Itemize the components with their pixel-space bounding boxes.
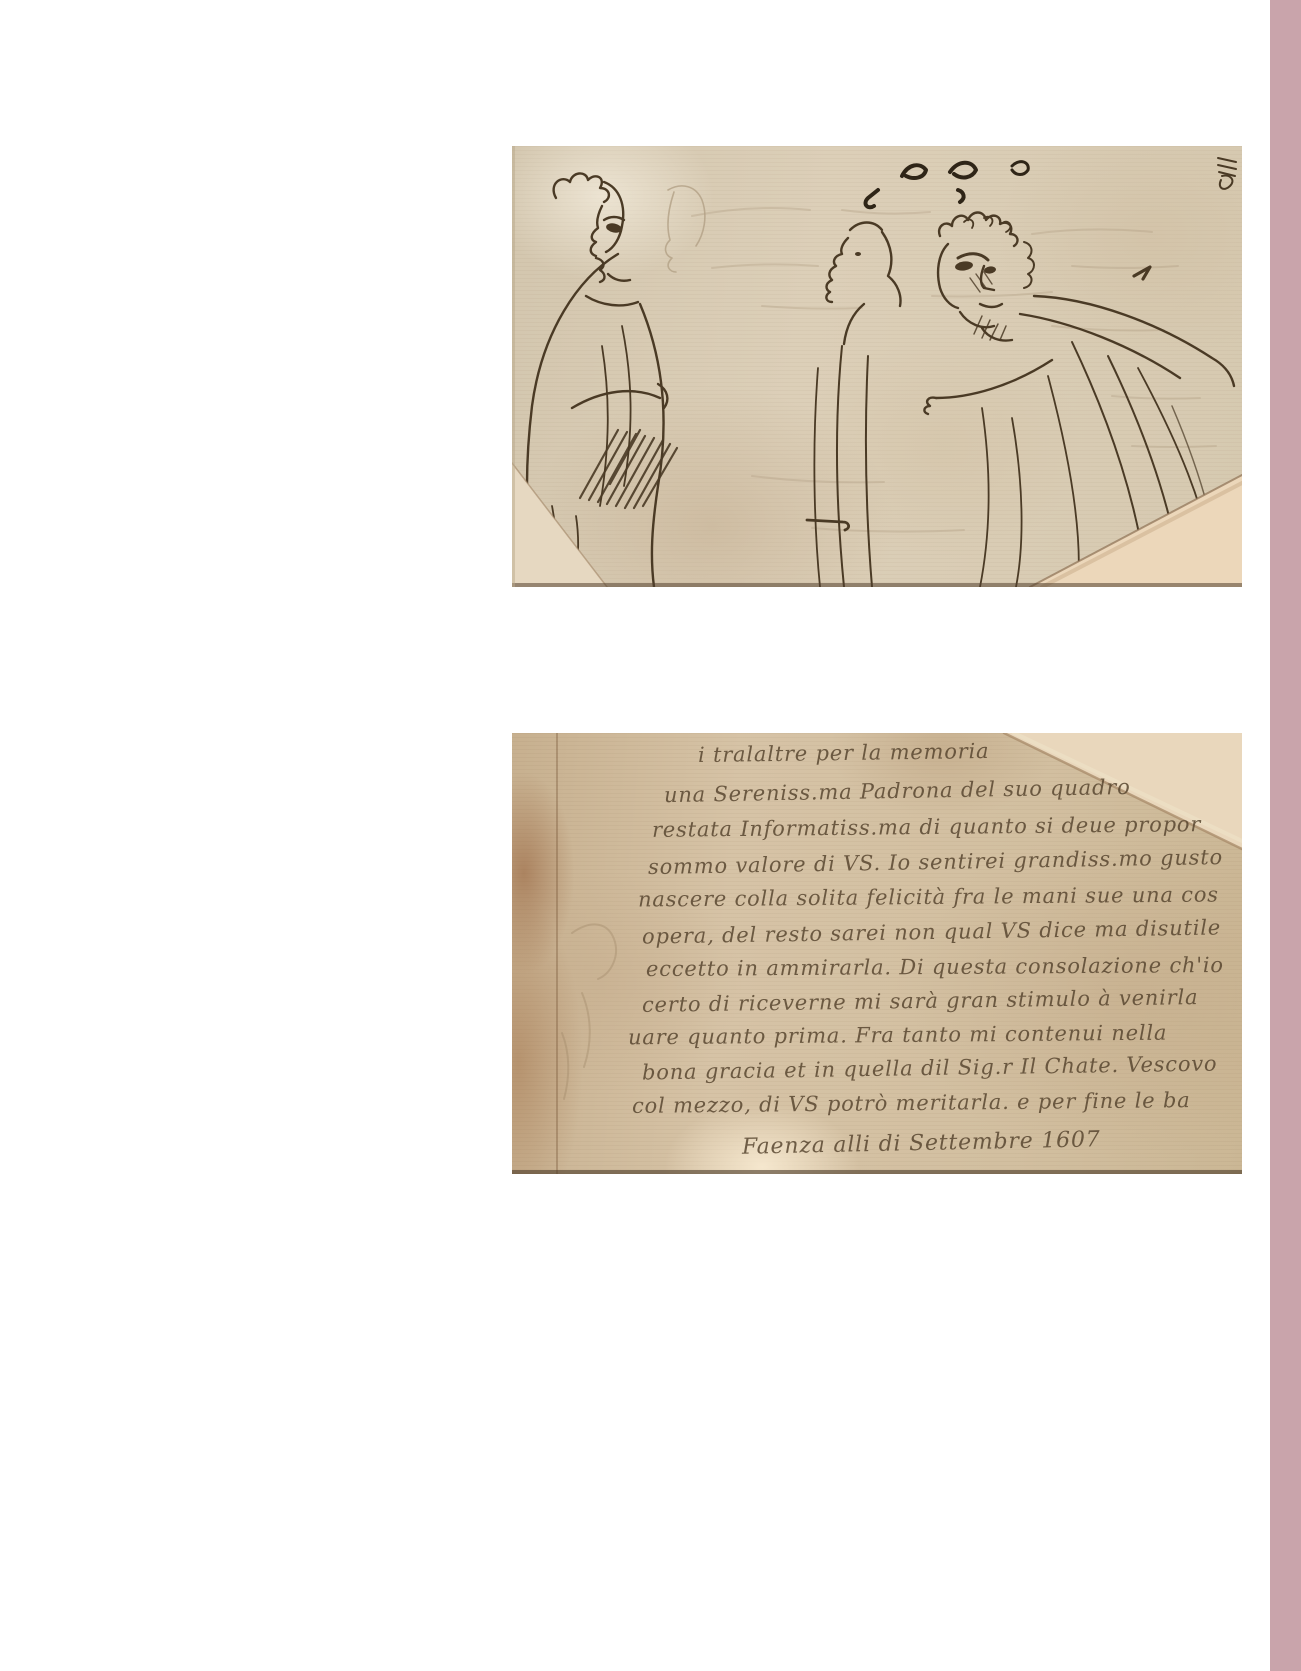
paper-left-edge (512, 146, 515, 587)
bold-ink-flourishes (866, 162, 1029, 208)
ink-drawing-strokes (512, 146, 1242, 587)
letter-line: i tralaltre per la memoria (698, 739, 990, 767)
letter-bottom-edge-shadow (512, 1170, 1242, 1174)
verso-sketch-show-through (562, 924, 616, 1099)
page-accent-band (1270, 0, 1301, 1671)
manuscript-letter-image: i tralaltre per la memoria una Sereniss.… (512, 733, 1242, 1174)
letter-line: nascere colla solita felicità fra le man… (638, 882, 1219, 911)
paper-bottom-edge-shadow (512, 583, 1242, 587)
ghost-profile-sketch (666, 186, 705, 272)
show-through-strokes (692, 208, 1216, 532)
letter-line: eccetto in ammirarla. Di questa consolaz… (646, 953, 1224, 981)
letter-line: uare quanto prima. Fra tanto mi contenui… (628, 1021, 1167, 1050)
ink-drawing-image (512, 146, 1242, 587)
corner-ornament-mark (1218, 158, 1236, 189)
